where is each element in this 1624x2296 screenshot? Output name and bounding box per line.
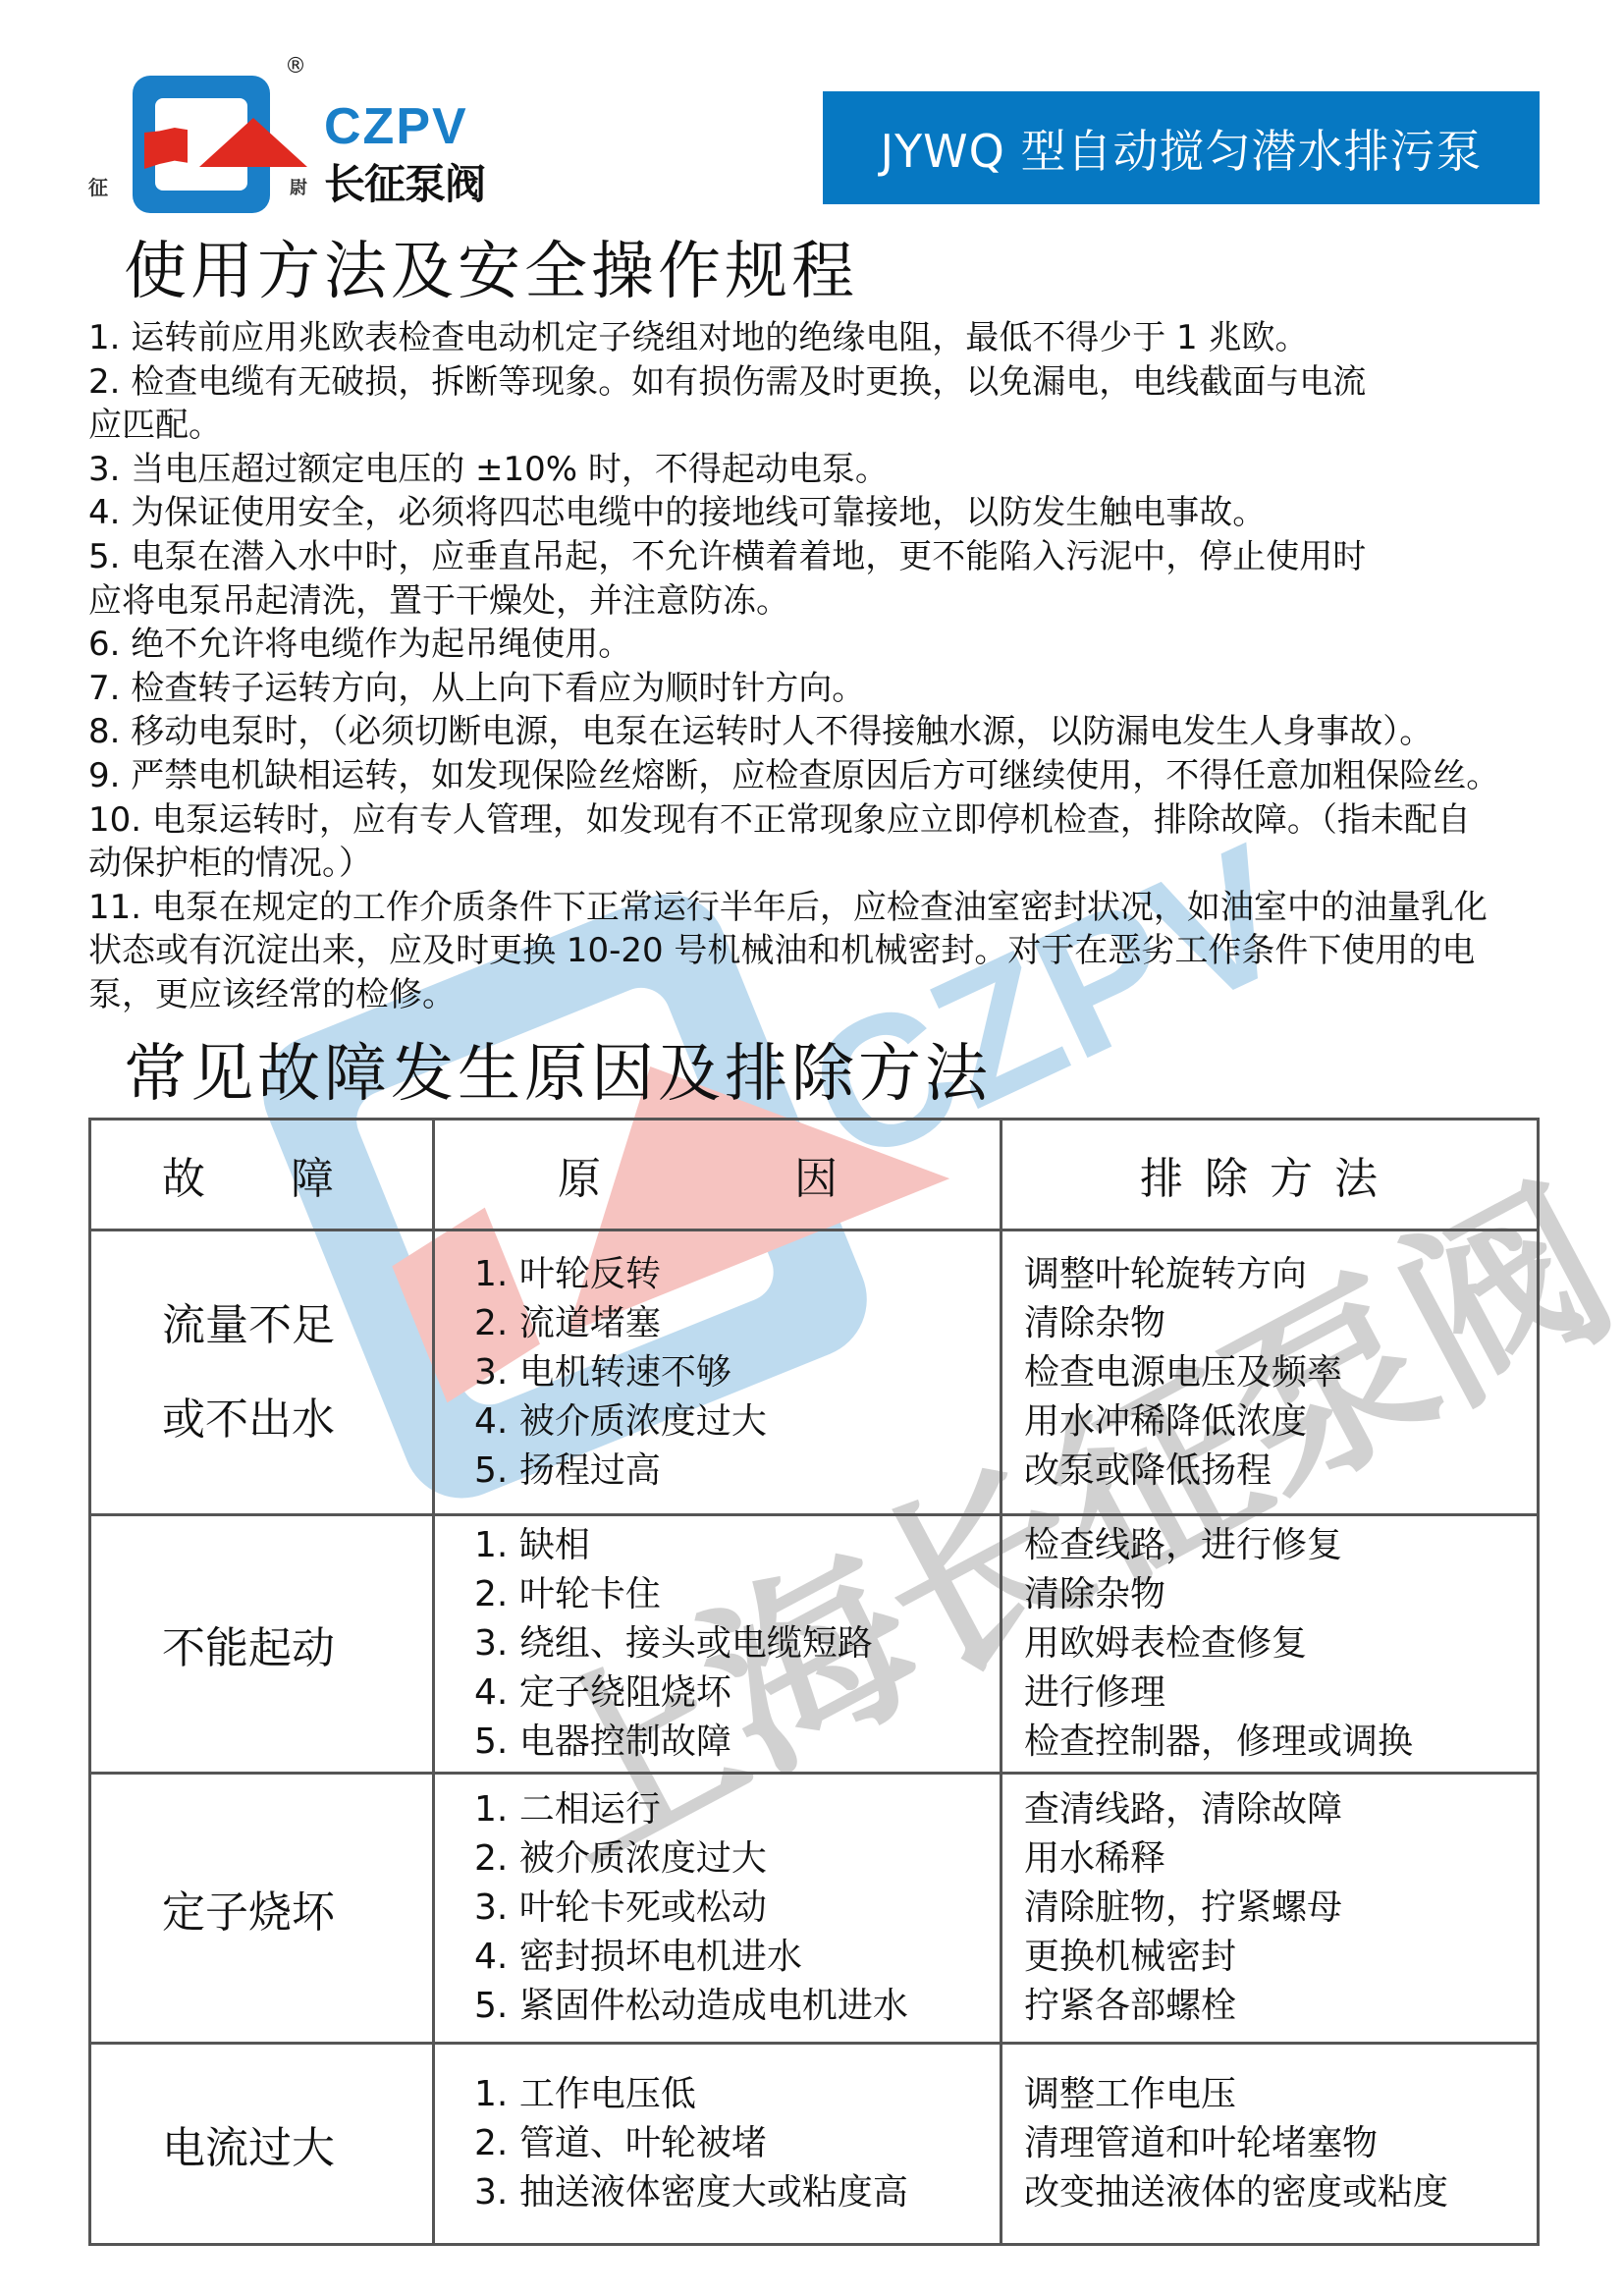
header-cause: 原 因 — [434, 1120, 1001, 1230]
rule-line: 应匹配。 — [88, 404, 1551, 448]
troubleshooting-table: 故 障 原 因 排除方法 流量不足 或不出水 1. 叶轮反转 2. 流道堵塞 3… — [88, 1118, 1540, 2246]
table-row: 流量不足 或不出水 1. 叶轮反转 2. 流道堵塞 3. 电机转速不够 4. 被… — [90, 1230, 1539, 1515]
fix-cell: 查清线路，清除故障 用水稀释 清除脏物，拧紧螺母 更换机械密封 拧紧各部螺栓 — [1001, 1774, 1538, 2044]
rule-line: 4. 为保证使用安全，必须将四芯电缆中的接地线可靠接地，以防发生触电事故。 — [88, 491, 1551, 535]
section-title-usage: 使用方法及安全操作规程 — [124, 221, 858, 311]
fault-cell: 流量不足 或不出水 — [90, 1230, 434, 1515]
rule-line: 1. 运转前应用兆欧表检查电动机定子绕组对地的绝缘电阻，最低不得少于 1 兆欧。 — [88, 316, 1551, 360]
fix-cell: 检查线路，进行修复 清除杂物 用欧姆表检查修复 进行修理 检查控制器，修理或调换 — [1001, 1515, 1538, 1774]
fault-cell: 不能起动 — [90, 1515, 434, 1774]
company-logo: 征 ® CZPV 尉 长征泵阀 — [88, 54, 520, 221]
rule-line: 8. 移动电泵时，（必须切断电源，电泵在运转时人不得接触水源，以防漏电发生人身事… — [88, 710, 1551, 754]
logo-seal-left: 征 — [88, 172, 108, 200]
rule-line: 6. 绝不允许将电缆作为起吊绳使用。 — [88, 623, 1551, 667]
fix-cell: 调整工作电压 清理管道和叶轮堵塞物 改变抽送液体的密度或粘度 — [1001, 2044, 1538, 2245]
fix-cell: 调整叶轮旋转方向 清除杂物 检查电源电压及频率 用水冲稀降低浓度 改泵或降低扬程 — [1001, 1230, 1538, 1515]
fault-cell: 电流过大 — [90, 2044, 434, 2245]
rule-line: 7. 检查转子运转方向，从上向下看应为顺时针方向。 — [88, 667, 1551, 711]
product-title: JYWQ 型自动搅匀潜水排污泵 — [881, 116, 1483, 181]
cause-cell: 1. 二相运行 2. 被介质浓度过大 3. 叶轮卡死或松动 4. 密封损坏电机进… — [434, 1774, 1001, 2044]
rule-line: 泵，更应该经常的检修。 — [88, 973, 1551, 1017]
brand-name-en: CZPV — [324, 97, 468, 156]
rule-line: 2. 检查电缆有无破损，拆断等现象。如有损伤需及时更换，以免漏电，电线截面与电流 — [88, 360, 1551, 405]
rule-line: 11. 电泵在规定的工作介质条件下正常运行半年后，应检查油室密封状况，如油室中的… — [88, 886, 1551, 930]
rule-line: 3. 当电压超过额定电压的 ±10% 时，不得起动电泵。 — [88, 448, 1551, 492]
cause-cell: 1. 工作电压低 2. 管道、叶轮被堵 3. 抽送液体密度大或粘度高 — [434, 2044, 1001, 2245]
fault-cell: 定子烧坏 — [90, 1774, 434, 2044]
header-fix: 排除方法 — [1001, 1120, 1538, 1230]
rule-line: 5. 电泵在潜入水中时，应垂直吊起，不允许横着着地，更不能陷入污泥中，停止使用时 — [88, 535, 1551, 579]
rule-line: 9. 严禁电机缺相运转，如发现保险丝熔断，应检查原因后方可继续使用，不得任意加粗… — [88, 754, 1551, 798]
brand-name-cn: 长征泵阀 — [324, 152, 485, 211]
rule-line: 应将电泵吊起清洗，置于干燥处，并注意防冻。 — [88, 579, 1551, 624]
table-row: 电流过大 1. 工作电压低 2. 管道、叶轮被堵 3. 抽送液体密度大或粘度高 … — [90, 2044, 1539, 2245]
usage-rules-list: 1. 运转前应用兆欧表检查电动机定子绕组对地的绝缘电阻，最低不得少于 1 兆欧。… — [88, 316, 1551, 1017]
cause-cell: 1. 叶轮反转 2. 流道堵塞 3. 电机转速不够 4. 被介质浓度过大 5. … — [434, 1230, 1001, 1515]
table-row: 定子烧坏 1. 二相运行 2. 被介质浓度过大 3. 叶轮卡死或松动 4. 密封… — [90, 1774, 1539, 2044]
cause-cell: 1. 缺相 2. 叶轮卡住 3. 绕组、接头或电缆短路 4. 定子绕阻烧坏 5.… — [434, 1515, 1001, 1774]
table-header-row: 故 障 原 因 排除方法 — [90, 1120, 1539, 1230]
rule-line: 动保护柜的情况。） — [88, 842, 1551, 886]
product-title-banner: JYWQ 型自动搅匀潜水排污泵 — [823, 91, 1540, 204]
rule-line: 10. 电泵运转时，应有专人管理，如发现有不正常现象应立即停机检查，排除故障。（… — [88, 798, 1551, 843]
rule-line: 状态或有沉淀出来，应及时更换 10-20 号机械油和机械密封。对于在恶劣工作条件… — [88, 929, 1551, 973]
registered-mark: ® — [285, 54, 306, 79]
section-title-troubleshooting: 常见故障发生原因及排除方法 — [124, 1023, 992, 1114]
table-row: 不能起动 1. 缺相 2. 叶轮卡住 3. 绕组、接头或电缆短路 4. 定子绕阻… — [90, 1515, 1539, 1774]
logo-seal-right: 尉 — [290, 174, 307, 199]
header-fault: 故 障 — [90, 1120, 434, 1230]
